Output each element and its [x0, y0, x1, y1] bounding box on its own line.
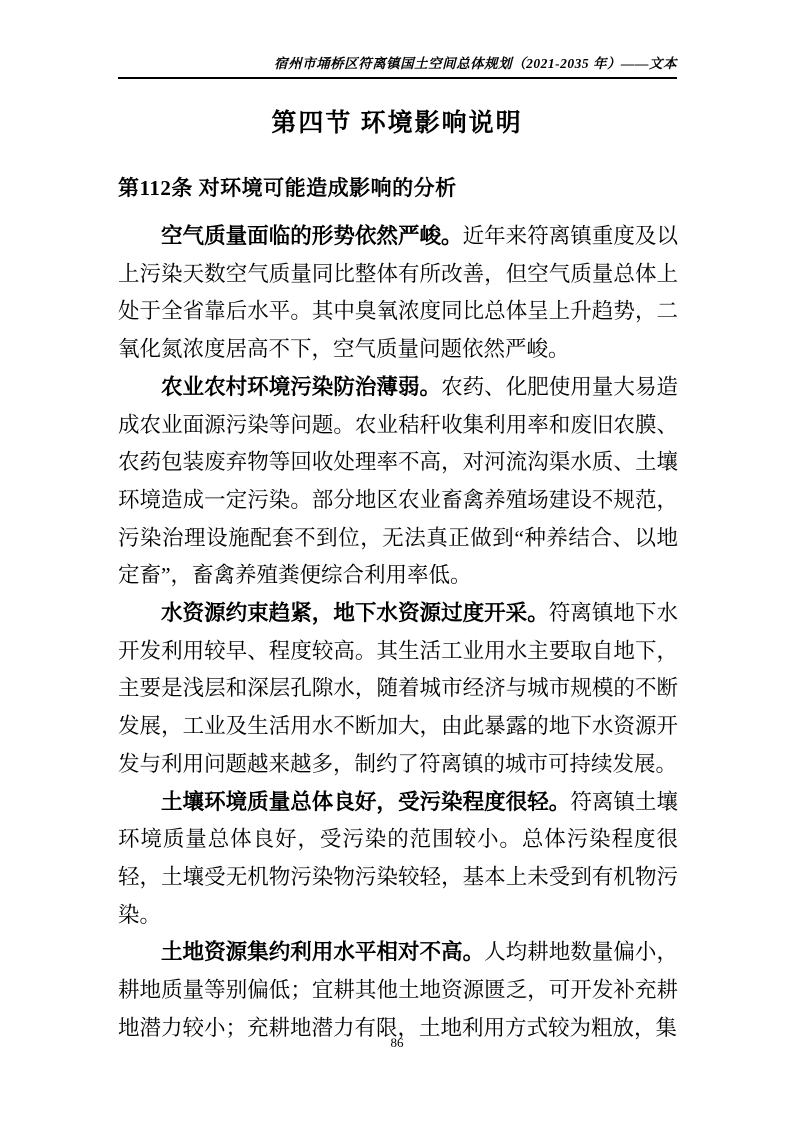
paragraph-soil-quality: 土壤环境质量总体良好，受污染程度很轻。符离镇土壤环境质量总体良好，受污染的范围较… [118, 784, 678, 935]
document-page: 宿州市埇桥区符离镇国土空间总体规划（2021-2035 年）——文本 第四节 环… [0, 0, 794, 1123]
section-title: 第四节 环境影响说明 [0, 103, 794, 139]
paragraph-lead: 土壤环境质量总体良好，受污染程度很轻。 [161, 790, 570, 814]
paragraph-land-use: 土地资源集约利用水平相对不高。人均耕地数量偏小，耕地质量等别偏低；宜耕其他土地资… [118, 934, 678, 1047]
paragraph-lead: 空气质量面临的形势依然严峻。 [161, 224, 463, 248]
page-header: 宿州市埇桥区符离镇国土空间总体规划（2021-2035 年）——文本 [118, 52, 677, 79]
paragraph-lead: 土地资源集约利用水平相对不高。 [161, 940, 484, 964]
paragraph-air-quality: 空气质量面临的形势依然严峻。近年来符离镇重度及以上污染天数空气质量同比整体有所改… [118, 218, 678, 369]
paragraph-rural-pollution: 农业农村环境污染防治薄弱。农药、化肥使用量大易造成农业面源污染等问题。农业秸秆收… [118, 369, 678, 595]
page-number: 86 [0, 1035, 794, 1051]
paragraph-lead: 农业农村环境污染防治薄弱。 [161, 375, 441, 399]
paragraph-lead: 水资源约束趋紧，地下水资源过度开采。 [161, 601, 549, 625]
document-body: 空气质量面临的形势依然严峻。近年来符离镇重度及以上污染天数空气质量同比整体有所改… [118, 218, 678, 1047]
article-heading: 第112条 对环境可能造成影响的分析 [118, 172, 457, 202]
paragraph-text: 符离镇地下水开发利用较早、程度较高。其生活工业用水主要取自地下，主要是浅层和深层… [118, 601, 678, 776]
paragraph-water-resources: 水资源约束趋紧，地下水资源过度开采。符离镇地下水开发利用较早、程度较高。其生活工… [118, 595, 678, 784]
running-title: 宿州市埇桥区符离镇国土空间总体规划（2021-2035 年）——文本 [274, 56, 677, 71]
paragraph-text: 农药、化肥使用量大易造成农业面源污染等问题。农业秸秆收集利用率和废旧农膜、农药包… [118, 375, 678, 588]
